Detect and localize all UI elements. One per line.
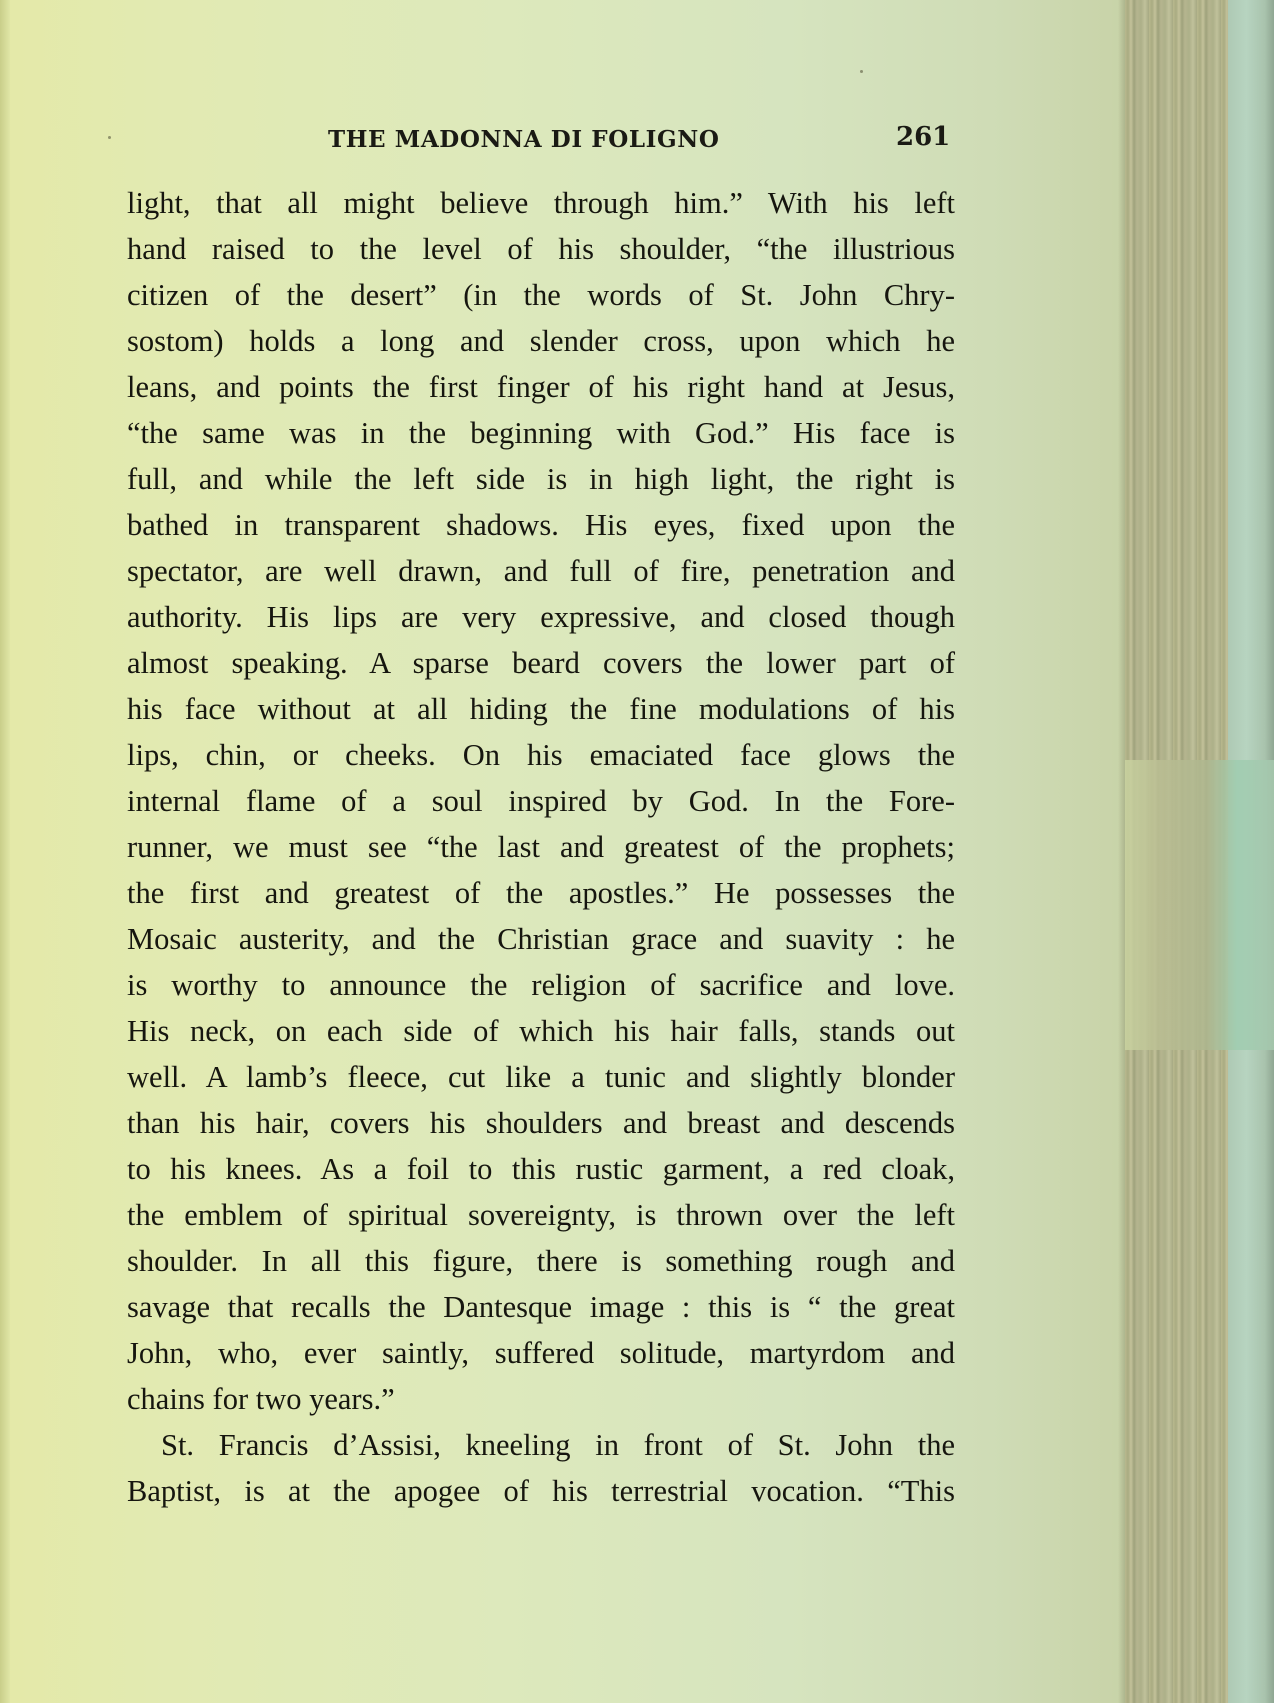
book-page: THE MADONNA DI FOLIGNO 261 light, that a… <box>0 0 1125 1703</box>
text-line: the emblem of spiritual sovereignty, is … <box>127 1192 955 1238</box>
text-line: savage that recalls the Dantesque image … <box>127 1284 955 1330</box>
running-title: THE MADONNA DI FOLIGNO <box>328 126 719 153</box>
text-line: than his hair, covers his shoulders and … <box>127 1100 955 1146</box>
paragraph-end-line: chains for two years.” <box>127 1376 955 1422</box>
text-line: internal flame of a soul inspired by God… <box>127 778 955 824</box>
text-line: the first and greatest of the apostles.”… <box>127 870 955 916</box>
text-line: light, that all might believe through hi… <box>127 180 955 226</box>
text-line: Baptist, is at the apogee of his terrest… <box>127 1468 955 1514</box>
text-line: runner, we must see “the last and greate… <box>127 824 955 870</box>
text-line: spectator, are well drawn, and full of f… <box>127 548 955 594</box>
text-line: bathed in transparent shadows. His eyes,… <box>127 502 955 548</box>
text-line: to his knees. As a foil to this rustic g… <box>127 1146 955 1192</box>
text-line: well. A lamb’s fleece, cut like a tunic … <box>127 1054 955 1100</box>
paragraph-start-line: St. Francis d’Assisi, kneeling in front … <box>127 1422 955 1468</box>
page-stack-glare <box>1125 760 1274 1050</box>
text-line: lips, chin, or cheeks. On his emaciated … <box>127 732 955 778</box>
text-line: His neck, on each side of which his hair… <box>127 1008 955 1054</box>
text-line: is worthy to announce the religion of sa… <box>127 962 955 1008</box>
page-header: THE MADONNA DI FOLIGNO 261 <box>0 120 1125 160</box>
text-line: Mosaic austerity, and the Christian grac… <box>127 916 955 962</box>
text-line: his face without at all hiding the fine … <box>127 686 955 732</box>
text-line: shoulder. In all this figure, there is s… <box>127 1238 955 1284</box>
text-line: sostom) holds a long and slender cross, … <box>127 318 955 364</box>
paper-speck <box>860 70 863 73</box>
text-line: almost speaking. A sparse beard covers t… <box>127 640 955 686</box>
text-line: citizen of the desert” (in the words of … <box>127 272 955 318</box>
text-line: “the same was in the beginning with God.… <box>127 410 955 456</box>
page-left-edge <box>0 0 10 1703</box>
text-line: full, and while the left side is in high… <box>127 456 955 502</box>
text-line: John, who, ever saintly, suffered solitu… <box>127 1330 955 1376</box>
text-line: hand raised to the level of his shoulder… <box>127 226 955 272</box>
page-number: 261 <box>896 122 950 152</box>
body-text: light, that all might believe through hi… <box>127 180 955 1514</box>
text-line: authority. His lips are very expressive,… <box>127 594 955 640</box>
paper-speck <box>108 136 111 139</box>
text-line: leans, and points the first finger of hi… <box>127 364 955 410</box>
